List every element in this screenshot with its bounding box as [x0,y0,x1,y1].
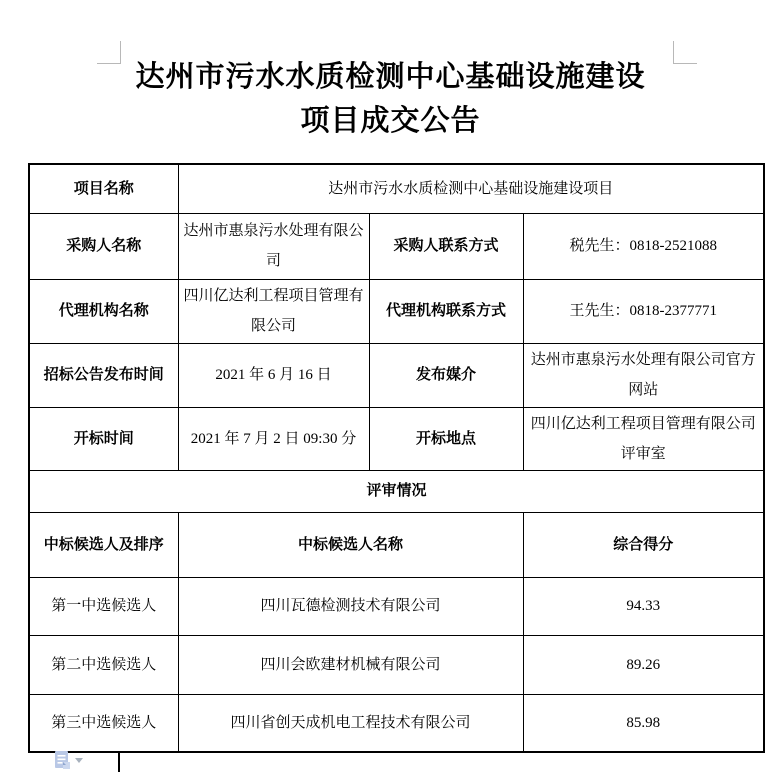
table-row: 代理机构名称 四川亿达利工程项目管理有限公司 代理机构联系方式 王先生：0818… [29,279,764,343]
text-cursor-caret [118,751,120,772]
table-row: 开标时间 2021 年 7 月 2 日 09:30 分 开标地点 四川亿达利工程… [29,407,764,470]
publish-media-value: 达州市惠泉污水处理有限公司官方网站 [523,343,764,407]
bid-opening-place-label: 开标地点 [369,407,523,470]
purchaser-name-label: 采购人名称 [29,213,178,279]
agency-name-value: 四川亿达利工程项目管理有限公司 [178,279,369,343]
candidate-1-rank: 第一中选候选人 [29,577,178,635]
paste-options-icon [53,750,71,770]
dropdown-arrow-icon[interactable] [75,758,83,763]
document-title-line1: 达州市污水水质检测中心基础设施建设 [0,55,781,99]
candidate-3-rank: 第三中选候选人 [29,694,178,752]
table-row: 项目名称 达州市污水水质检测中心基础设施建设项目 [29,164,764,213]
candidate-1-name: 四川瓦德检测技术有限公司 [178,577,523,635]
publish-media-label: 发布媒介 [369,343,523,407]
bid-opening-time-value: 2021 年 7 月 2 日 09:30 分 [178,407,369,470]
candidate-row: 第二中选候选人 四川会欧建材机械有限公司 89.26 [29,635,764,694]
notice-date-value: 2021 年 6 月 16 日 [178,343,369,407]
candidate-2-score: 89.26 [523,635,764,694]
candidate-score-header: 综合得分 [523,512,764,577]
paste-options-button[interactable] [53,748,93,772]
agency-name-label: 代理机构名称 [29,279,178,343]
table-row: 采购人名称 达州市惠泉污水处理有限公司 采购人联系方式 税先生：0818-252… [29,213,764,279]
purchaser-name-value: 达州市惠泉污水处理有限公司 [178,213,369,279]
candidate-name-header: 中标候选人名称 [178,512,523,577]
table-row: 招标公告发布时间 2021 年 6 月 16 日 发布媒介 达州市惠泉污水处理有… [29,343,764,407]
announcement-table: 项目名称 达州市污水水质检测中心基础设施建设项目 采购人名称 达州市惠泉污水处理… [28,163,765,753]
bid-opening-time-label: 开标时间 [29,407,178,470]
document-title-line2: 项目成交公告 [0,99,781,143]
candidate-1-score: 94.33 [523,577,764,635]
document-page: 达州市污水水质检测中心基础设施建设 项目成交公告 项目名称 达州市污水水质检测中… [0,0,781,775]
candidate-3-score: 85.98 [523,694,764,752]
bid-opening-place-value: 四川亿达利工程项目管理有限公司评审室 [523,407,764,470]
purchaser-contact-value: 税先生：0818-2521088 [523,213,764,279]
candidate-3-name: 四川省创天成机电工程技术有限公司 [178,694,523,752]
candidate-2-name: 四川会欧建材机械有限公司 [178,635,523,694]
table-row: 中标候选人及排序 中标候选人名称 综合得分 [29,512,764,577]
document-title: 达州市污水水质检测中心基础设施建设 项目成交公告 [0,55,781,143]
purchaser-contact-label: 采购人联系方式 [369,213,523,279]
agency-contact-label: 代理机构联系方式 [369,279,523,343]
project-name-value: 达州市污水水质检测中心基础设施建设项目 [178,164,764,213]
project-name-label: 项目名称 [29,164,178,213]
evaluation-section-header: 评审情况 [29,470,764,512]
agency-contact-value: 王先生：0818-2377771 [523,279,764,343]
candidate-row: 第一中选候选人 四川瓦德检测技术有限公司 94.33 [29,577,764,635]
notice-date-label: 招标公告发布时间 [29,343,178,407]
candidate-2-rank: 第二中选候选人 [29,635,178,694]
candidate-row: 第三中选候选人 四川省创天成机电工程技术有限公司 85.98 [29,694,764,752]
table-row: 评审情况 [29,470,764,512]
candidate-rank-header: 中标候选人及排序 [29,512,178,577]
